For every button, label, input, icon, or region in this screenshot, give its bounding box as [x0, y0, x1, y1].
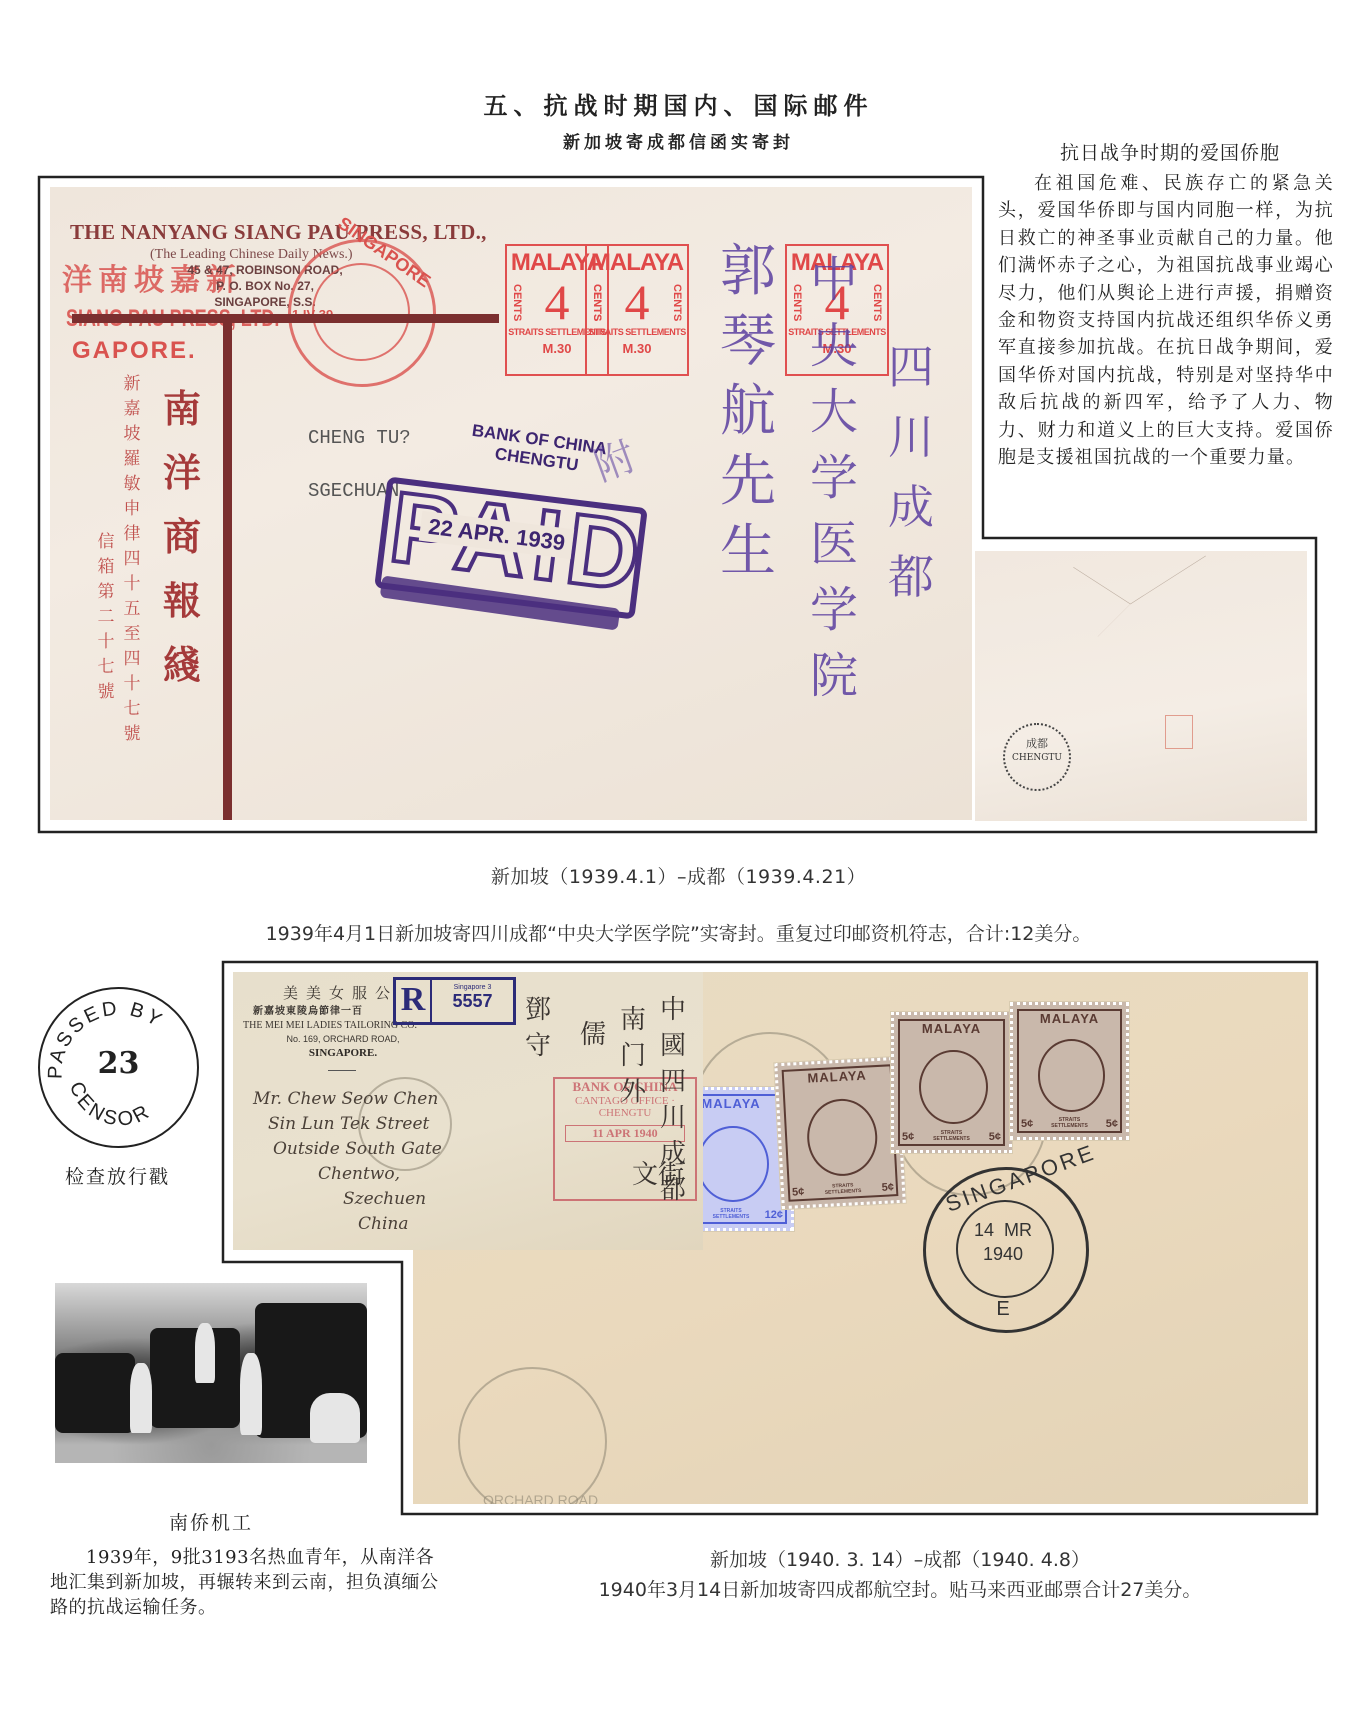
vertical-po-box: 信箱第二十七號	[97, 530, 115, 705]
cover2-image: ORCHARD ROAD MALAYA 12¢ STRAITS SETTLEME…	[233, 972, 1308, 1504]
censor-stamp: PASSED BY CENSOR 23	[38, 987, 199, 1148]
horizontal-rule	[72, 314, 499, 323]
handwritten-cn-name: 鄧守	[523, 992, 553, 1064]
registration-label: R Singapore 3 5557	[393, 977, 516, 1025]
handwritten-cn-name-2: 儒	[578, 1017, 608, 1053]
recipient-line-5: Szechuen	[343, 1187, 426, 1211]
cover1-route: 新加坡（1939.4.1）–成都（1939.4.21）	[0, 862, 1357, 889]
king-portrait-icon	[1038, 1039, 1105, 1112]
typed-city: CHENG TU?	[308, 427, 411, 449]
vertical-newspaper-name: 南洋商報綫	[160, 377, 204, 697]
king-portrait-icon	[697, 1126, 768, 1202]
faint-postmark	[458, 1367, 607, 1504]
cover2-description: 1940年3月14日新加坡寄四成都航空封。贴马来西亚邮票合计27美分。	[470, 1575, 1330, 1602]
sender-address-cn: 新嘉坡東陵烏節律一百	[253, 1002, 363, 1017]
chengtu-backstamp: 成都 CHENGTU	[1003, 723, 1071, 791]
meter-stamp: MALAYA CENTS 4 CENTS STRAITS SETTLEMENTS…	[585, 244, 689, 376]
divider	[328, 1070, 356, 1071]
handwritten-addressee: 郭琴航先生	[720, 237, 790, 587]
handwritten-city: 四川成都	[888, 332, 944, 612]
red-seal	[1165, 715, 1193, 749]
handwritten-note: 附	[584, 422, 646, 501]
censor-number: 23	[40, 1046, 197, 1081]
recipient-line-4: Chentwo,	[318, 1162, 400, 1186]
censor-label: 检查放行戳	[30, 1162, 205, 1189]
cover1-front-image: 洋南坡嘉新 THE NANYANG SIANG PAU PRESS, LTD.,…	[50, 187, 972, 820]
stamp-5c: MALAYA 5¢ STRAITS SETTLEMENTS 5¢	[891, 1012, 1012, 1153]
king-portrait-icon	[919, 1050, 987, 1124]
recipient-line-1: Mr. Chew Seow Chen	[253, 1087, 438, 1111]
censor-bottom-text: CENSOR	[65, 1079, 155, 1131]
photo-description: 1939年，9批3193名热血青年，从南洋各地汇集到新加坡，再辗转来到云南，担负…	[50, 1545, 450, 1620]
handwritten-cn-street: 文街	[628, 1157, 688, 1193]
sender-company-cn: 美美女服公	[283, 982, 398, 1003]
sender-company-en: THE MEI MEI LADIES TAILORING CO.	[243, 1020, 417, 1031]
recipient-line-3: Outside South Gate	[273, 1137, 442, 1161]
sender-city: SINGAPORE.	[263, 1047, 423, 1059]
recipient-line-2: Sin Lun Tek Street	[268, 1112, 429, 1136]
sender-address-en: No. 169, ORCHARD ROAD,	[263, 1034, 423, 1044]
cover1-back-image: 成都 CHENGTU	[975, 551, 1307, 821]
svg-text:CENSOR: CENSOR	[65, 1079, 155, 1131]
handwritten-institution: 中央大学医学院	[810, 247, 872, 709]
sender-company: THE NANYANG SIANG PAU PRESS, LTD.,	[70, 220, 487, 245]
cover2-front: 美美女服公 新嘉坡東陵烏節律一百 THE MEI MEI LADIES TAIL…	[233, 972, 703, 1250]
red-chop-city: GAPORE.	[72, 337, 197, 365]
vertical-rule	[223, 320, 232, 820]
bank-chop: BANK OF CHINA CHENGTU	[468, 421, 608, 480]
stamp-5c: MALAYA 5¢ STRAITS SETTLEMENTS 5¢	[774, 1057, 905, 1209]
photo-caption: 南侨机工	[55, 1508, 367, 1535]
side-note-title: 抗日战争时期的爱国侨胞	[1000, 138, 1340, 165]
vertical-address: 新嘉坡羅敏申律四十五至四十七號	[123, 372, 141, 747]
stamp-5c: MALAYA 5¢ STRAITS SETTLEMENTS 5¢	[1010, 1002, 1129, 1140]
photo-truck-drivers	[55, 1283, 367, 1463]
recipient-line-6: China	[358, 1212, 408, 1236]
cover1-description: 1939年4月1日新加坡寄四川成都“中央大学医学院”实寄封。重复过印邮资机符志，…	[0, 919, 1357, 946]
handwritten-cn-gate: 南门外	[618, 1002, 648, 1110]
page-title: 五、抗战时期国内、国际邮件	[0, 86, 1357, 121]
cover2-route: 新加坡（1940. 3. 14）–成都（1940. 4.8）	[470, 1545, 1330, 1572]
envelope-flap-lines	[975, 551, 1307, 661]
